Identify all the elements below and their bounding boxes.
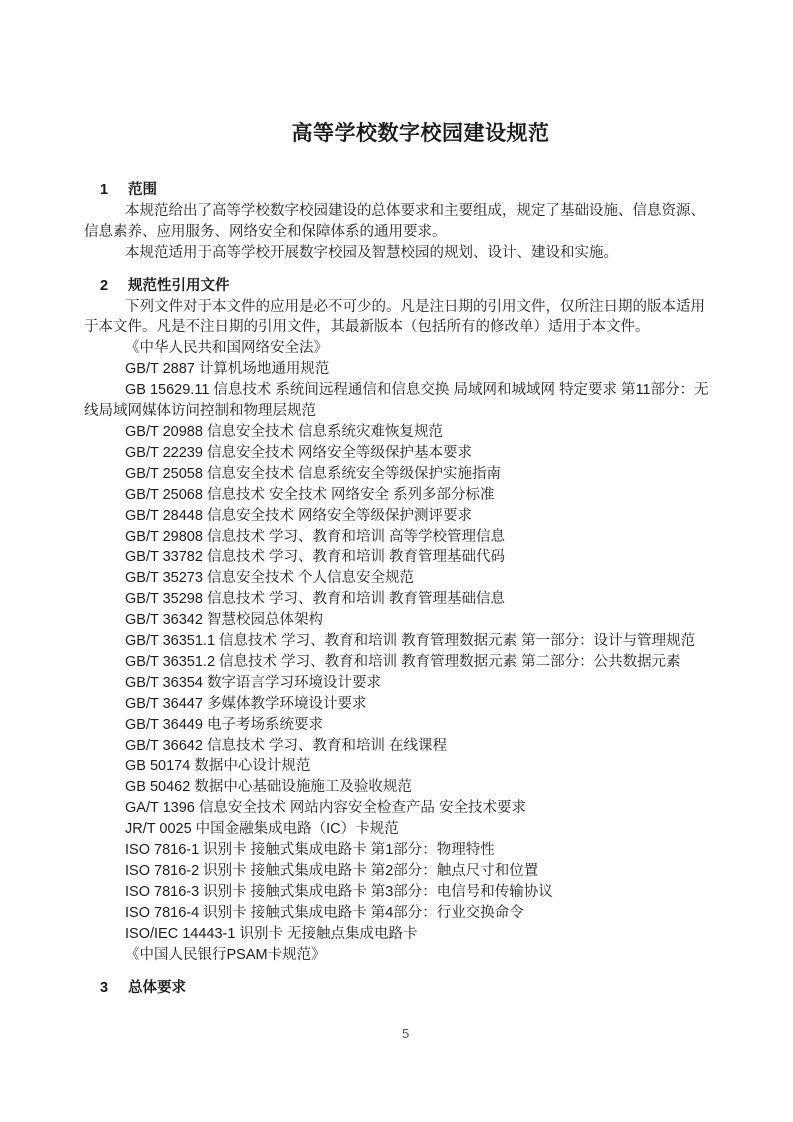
reference-item: GB/T 36351.1 信息技术 学习、教育和培训 教育管理数据元素 第一部分… xyxy=(84,631,713,652)
reference-item: GA/T 1396 信息安全技术 网站内容安全检查产品 安全技术要求 xyxy=(84,798,713,819)
reference-item: ISO/IEC 14443-1 识别卡 无接触点集成电路卡 xyxy=(84,924,713,945)
reference-item: 《中华人民共和国网络安全法》 xyxy=(84,338,713,359)
section: 1范围 本规范给出了高等学校数字校园建设的总体要求和主要组成，规定了基础设施、信… xyxy=(84,180,713,264)
section: 3总体要求 xyxy=(84,978,713,999)
reference-item: GB/T 35298 信息技术 学习、教育和培训 教育管理基础信息 xyxy=(84,589,713,610)
reference-item: GB/T 36351.2 信息技术 学习、教育和培训 教育管理数据元素 第二部分… xyxy=(84,652,713,673)
section-heading: 2规范性引用文件 xyxy=(84,276,713,297)
reference-item: GB/T 36642 信息技术 学习、教育和培训 在线课程 xyxy=(84,736,713,757)
reference-item: GB/T 20988 信息安全技术 信息系统灾难恢复规范 xyxy=(84,422,713,443)
section-title: 范围 xyxy=(128,182,157,198)
reference-item: GB 50462 数据中心基础设施施工及验收规范 xyxy=(84,777,713,798)
section: 2规范性引用文件 下列文件对于本文件的应用是必不可少的。凡是注日期的引用文件，仅… xyxy=(84,276,713,966)
reference-item: GB/T 33782 信息技术 学习、教育和培训 教育管理基础代码 xyxy=(84,547,713,568)
document-title: 高等学校数字校园建设规范 xyxy=(106,0,735,147)
reference-item: GB 15629.11 信息技术 系统间远程通信和信息交换 局域网和城域网 特定… xyxy=(84,380,713,422)
sections-container: 1范围 本规范给出了高等学校数字校园建设的总体要求和主要组成，规定了基础设施、信… xyxy=(84,180,713,998)
section-heading: 3总体要求 xyxy=(84,978,713,999)
section-number: 2 xyxy=(100,276,128,297)
reference-item: GB/T 36449 电子考场系统要求 xyxy=(84,715,713,736)
section-number: 1 xyxy=(100,180,128,201)
reference-item: JR/T 0025 中国金融集成电路（IC）卡规范 xyxy=(84,819,713,840)
reference-item: GB/T 36354 数字语言学习环境设计要求 xyxy=(84,673,713,694)
reference-item: GB/T 29808 信息技术 学习、教育和培训 高等学校管理信息 xyxy=(84,527,713,548)
section-title: 总体要求 xyxy=(128,980,186,996)
reference-item: GB 50174 数据中心设计规范 xyxy=(84,756,713,777)
reference-item: ISO 7816-1 识别卡 接触式集成电路卡 第1部分：物理特性 xyxy=(84,840,713,861)
reference-item: ISO 7816-3 识别卡 接触式集成电路卡 第3部分：电信号和传输协议 xyxy=(84,882,713,903)
reference-item: GB/T 28448 信息安全技术 网络安全等级保护测评要求 xyxy=(84,506,713,527)
paragraph: 本规范给出了高等学校数字校园建设的总体要求和主要组成，规定了基础设施、信息资源、… xyxy=(84,201,713,243)
section-title: 规范性引用文件 xyxy=(128,278,230,294)
paragraph: 下列文件对于本文件的应用是必不可少的。凡是注日期的引用文件，仅所注日期的版本适用… xyxy=(84,297,713,339)
reference-item: GB/T 36342 智慧校园总体架构 xyxy=(84,610,713,631)
reference-item: GB/T 35273 信息安全技术 个人信息安全规范 xyxy=(84,568,713,589)
section-number: 3 xyxy=(100,978,128,999)
reference-item: 《中国人民银行PSAM卡规范》 xyxy=(84,945,713,966)
document-content: 高等学校数字校园建设规范 1范围 本规范给出了高等学校数字校园建设的总体要求和主… xyxy=(84,0,713,998)
reference-item: GB/T 25058 信息安全技术 信息系统安全等级保护实施指南 xyxy=(84,464,713,485)
reference-item: GB/T 25068 信息技术 安全技术 网络安全 系列多部分标准 xyxy=(84,485,713,506)
page-number: 5 xyxy=(402,1026,409,1042)
section-body: 下列文件对于本文件的应用是必不可少的。凡是注日期的引用文件，仅所注日期的版本适用… xyxy=(84,297,713,966)
section-heading: 1范围 xyxy=(84,180,713,201)
reference-item: ISO 7816-2 识别卡 接触式集成电路卡 第2部分：触点尺寸和位置 xyxy=(84,861,713,882)
reference-item: GB/T 2887 计算机场地通用规范 xyxy=(84,359,713,380)
section-body: 本规范给出了高等学校数字校园建设的总体要求和主要组成，规定了基础设施、信息资源、… xyxy=(84,201,713,264)
paragraph: 本规范适用于高等学校开展数字校园及智慧校园的规划、设计、建设和实施。 xyxy=(84,243,713,264)
reference-item: GB/T 22239 信息安全技术 网络安全等级保护基本要求 xyxy=(84,443,713,464)
reference-item: GB/T 36447 多媒体教学环境设计要求 xyxy=(84,694,713,715)
reference-item: ISO 7816-4 识别卡 接触式集成电路卡 第4部分：行业交换命令 xyxy=(84,903,713,924)
document-page: 高等学校数字校园建设规范 1范围 本规范给出了高等学校数字校园建设的总体要求和主… xyxy=(0,0,793,1122)
